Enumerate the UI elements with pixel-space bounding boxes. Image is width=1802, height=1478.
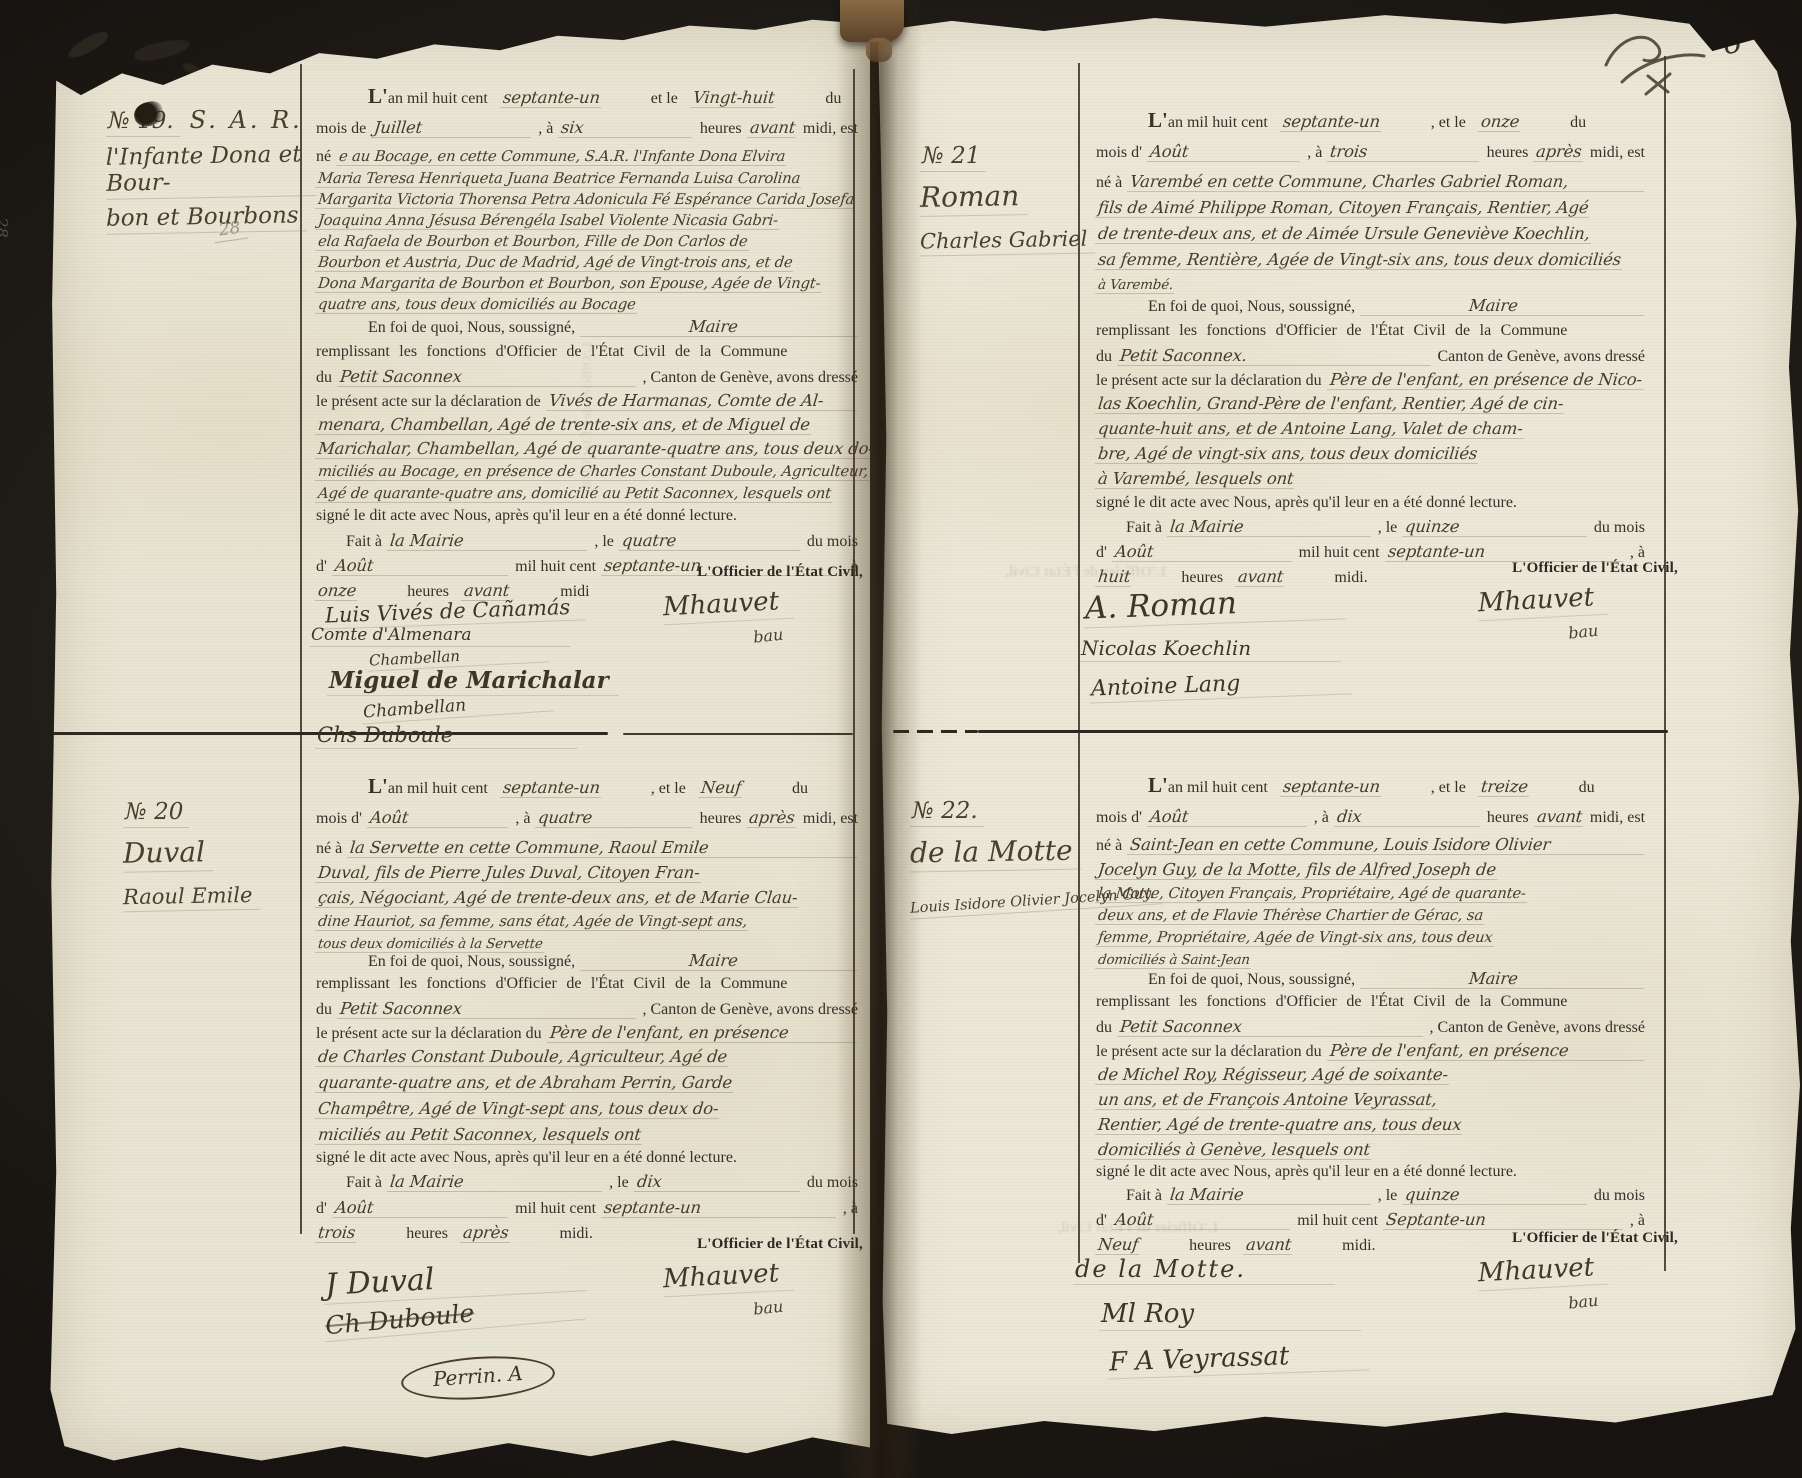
register-page-left: L'Officier de l'État Civil, № 19. S. A. …	[48, 14, 870, 1462]
margin-number: № 22.	[910, 798, 984, 827]
record-text-line: de Michel Roy, Régisseur, Agé de soixant…	[1093, 1065, 1648, 1090]
printed-form-text: né	[316, 148, 331, 165]
printed-form-text: En foi de quoi, Nous, soussigné,	[1148, 971, 1355, 989]
officer-block: L'Officier de l'État Civil, Mhauvet bau	[1438, 1230, 1678, 1307]
record-margin: № 20 Duval Raoul Emile	[123, 799, 333, 911]
record-text-line: mois d'Août, àquatreheuresaprèsmidi, est	[313, 808, 861, 838]
handwritten-entry: Août	[1147, 807, 1309, 827]
record-text-line: d'Aoûtmil huit centseptante-un, à	[313, 1198, 861, 1223]
handwritten-entry: Vivés de Harmanas, Comte de Al-	[546, 391, 859, 411]
printed-form-text: Canton de Genève, avons dressé	[1438, 348, 1646, 366]
handwritten-entry: six	[558, 118, 695, 138]
handwritten-entry: Dona Margarita de Bourbon et Bourbon, so…	[315, 275, 823, 293]
printed-form-text: heures	[1487, 144, 1529, 162]
handwritten-entry: Petit Saconnex	[337, 367, 638, 387]
signature: de la Motte.	[1073, 1255, 1335, 1285]
handwritten-entry: Joaquina Anna Jésusa Bérengéla Isabel Vi…	[315, 212, 781, 230]
printed-form-text: du	[1096, 348, 1112, 366]
handwritten-entry: Petit Saconnex.	[1117, 346, 1433, 366]
printed-form-text: heures	[1487, 809, 1529, 827]
printed-form-text: mil huit cent	[1299, 544, 1380, 562]
record-text-line: Fait àla Mairie, ledixdu mois	[313, 1172, 861, 1198]
handwritten-entry: de trente-deux ans, et de Aimée Ursule G…	[1095, 224, 1593, 244]
signature: A. Roman	[1082, 581, 1345, 628]
printed-form-text: L'an mil huit cent	[368, 780, 488, 797]
record-text-line: née au Bocage, en cette Commune, S.A.R. …	[313, 148, 861, 170]
handwritten-entry: Juillet	[371, 118, 533, 138]
printed-form-text: , et le	[651, 780, 686, 797]
handwritten-entry: treize	[1478, 777, 1531, 797]
printed-form-text: mil huit cent	[1297, 1212, 1378, 1230]
scanned-register-spread: 28 L'Officier de l'État Civil, № 19. S. …	[0, 0, 1802, 1478]
register-page-right: 6 L'Officier de l'État Civil, L'Officier…	[878, 8, 1800, 1444]
margin-title: S. A. R.	[190, 106, 303, 134]
record-text-line: Bourbon et Austria, Duc de Madrid, Agé d…	[313, 254, 861, 275]
officer-signature-flourish: bau	[1567, 612, 1678, 642]
record-body: L'an mil huit centseptante-un, et letrei…	[1093, 773, 1648, 1260]
printed-form-text: L'an mil huit cent	[1148, 114, 1268, 131]
handwritten-entry: Jocelyn Guy, de la Motte, fils de Alfred…	[1095, 860, 1499, 880]
handwritten-entry: quatre	[619, 531, 802, 551]
ink-smudge	[133, 35, 191, 64]
record-text-line: L'an mil huit centseptante-un, et leonze…	[1093, 108, 1648, 142]
handwritten-entry: Août	[1147, 142, 1302, 162]
margin-name-line: Roman	[920, 179, 1028, 217]
printed-form-text: , à	[1630, 1212, 1645, 1230]
handwritten-entry: Bourbon et Austria, Duc de Madrid, Agé d…	[315, 254, 795, 272]
record-text-line: duPetit Saconnex, Canton de Genève, avon…	[313, 367, 861, 391]
ink-mark	[1596, 20, 1726, 100]
handwritten-entry: Neuf	[698, 778, 744, 798]
handwritten-entry: dix	[1334, 807, 1482, 827]
handwritten-entry: septante-un	[601, 1198, 838, 1218]
printed-form-text: , à	[1307, 144, 1322, 162]
handwritten-entry: Marichalar, Chambellan, Agé de quarante-…	[315, 439, 877, 459]
officer-signature-flourish: bau	[1567, 1282, 1678, 1312]
handwritten-entry: çais, Négociant, Agé de trente-deux ans,…	[315, 888, 801, 908]
printed-form-text: heures	[700, 120, 742, 138]
handwritten-entry: la Servette en cette Commune, Raoul Emil…	[347, 838, 859, 858]
handwritten-entry: Août	[1112, 1210, 1292, 1230]
record-text-line: Marichalar, Chambellan, Agé de quarante-…	[313, 439, 861, 463]
printed-form-text: En foi de quoi, Nous, soussigné,	[368, 953, 575, 971]
printed-form-text: d'	[1096, 544, 1107, 562]
handwritten-entry: quarante-quatre ans, et de Abraham Perri…	[315, 1073, 735, 1093]
signature-block: A. RomanNicolas KoechlinAntoine Lang	[1083, 586, 1403, 699]
handwritten-entry: septante-un	[1384, 542, 1624, 562]
handwritten-entry: quinze	[1402, 517, 1589, 537]
handwritten-entry: e au Bocage, en cette Commune, S.A.R. l'…	[336, 148, 788, 166]
printed-form-text: heures	[1181, 569, 1223, 586]
record-text-line: le présent acte sur la déclaration duPèr…	[1093, 1041, 1648, 1065]
record-text-line: miciliés au Bocage, en présence de Charl…	[313, 463, 861, 485]
handwritten-entry: Champêtre, Agé de Vingt-sept ans, tous d…	[315, 1099, 721, 1119]
record-text-line: menara, Chambellan, Agé de trente-six an…	[313, 415, 861, 439]
printed-form-text: midi, est	[1590, 809, 1645, 827]
printed-form-text: midi, est	[803, 120, 858, 138]
handwritten-entry: miciliés au Petit Saconnex, lesquels ont	[315, 1125, 644, 1145]
officer-signature-flourish: bau	[752, 1288, 863, 1318]
divider-line	[893, 730, 978, 733]
handwritten-entry: septante-un	[1280, 777, 1383, 797]
record-text-line: L'an mil huit centseptante-unet leVingt-…	[313, 84, 861, 118]
record-text-line: le présent acte sur la déclaration duPèr…	[1093, 370, 1648, 394]
printed-form-text: Fait à	[1126, 1187, 1162, 1205]
record-text-line: signé le dit acte avec Nous, après qu'il…	[1093, 1163, 1648, 1185]
handwritten-entry: Père de l'enfant, en présence	[1327, 1041, 1646, 1061]
handwritten-entry: trois	[1327, 142, 1481, 162]
record-text-line: las Koechlin, Grand-Père de l'enfant, Re…	[1093, 394, 1648, 419]
record-text-line: mois d'Août, àtroisheuresaprèsmidi, est	[1093, 142, 1648, 172]
printed-form-text: et le	[651, 90, 678, 107]
signature-block: Luis Vivés de CañamásComte d'AlmenaraCha…	[323, 599, 643, 749]
printed-form-text: , à	[843, 1200, 858, 1218]
record-text-line: fils de Aimé Philippe Roman, Citoyen Fra…	[1093, 198, 1648, 224]
printed-form-text: d'	[1096, 1212, 1107, 1230]
handwritten-entry: Saint-Jean en cette Commune, Louis Isido…	[1127, 835, 1646, 855]
record-text-line: En foi de quoi, Nous, soussigné,Maire	[313, 317, 861, 343]
printed-form-text: né à	[1096, 837, 1122, 855]
handwritten-entry: la Mairie	[387, 1172, 604, 1192]
record-text-line: Champêtre, Agé de Vingt-sept ans, tous d…	[313, 1099, 861, 1125]
pencil-note: 28	[212, 217, 248, 243]
printed-form-text: le présent acte sur la déclaration du	[1096, 372, 1322, 390]
printed-form-text: remplissant les fonctions d'Officier de …	[316, 343, 787, 360]
printed-form-text: signé le dit acte avec Nous, après qu'il…	[316, 1149, 737, 1166]
handwritten-entry: bre, Agé de vingt-six ans, tous deux dom…	[1095, 444, 1480, 464]
handwritten-entry: Petit Saconnex	[337, 999, 638, 1019]
printed-form-text: , le	[594, 533, 614, 551]
pencil-note-edge: 28	[0, 217, 12, 237]
record-text-line: duPetit Saconnex, Canton de Genève, avon…	[313, 999, 861, 1023]
record-text-line: signé le dit acte avec Nous, après qu'il…	[313, 1149, 861, 1172]
record-text-line: signé le dit acte avec Nous, après qu'il…	[313, 507, 861, 531]
record-text-line: le présent acte sur la déclaration duPèr…	[313, 1023, 861, 1047]
handwritten-entry: domiciliés à Saint-Jean	[1095, 952, 1253, 969]
record-text-line: Agé de quarante-quatre ans, domicilié au…	[313, 485, 861, 507]
handwritten-entry: de Charles Constant Duboule, Agriculteur…	[315, 1047, 730, 1067]
handwritten-entry: Maire	[1360, 296, 1646, 316]
margin-name-line: Raoul Emile	[123, 883, 261, 912]
handwritten-entry: à Varembé, lesquels ont	[1095, 469, 1297, 489]
printed-form-text: , à	[1314, 809, 1329, 827]
handwritten-entry: deux ans, et de Flavie Thérèse Chartier …	[1095, 907, 1486, 925]
printed-form-text: , le	[1378, 519, 1398, 537]
handwritten-entry: Août	[1112, 542, 1294, 562]
handwritten-entry: dine Hauriot, sa femme, sans état, Agée …	[315, 913, 750, 931]
printed-form-text: En foi de quoi, Nous, soussigné,	[368, 319, 575, 337]
record-text-line: En foi de quoi, Nous, soussigné,Maire	[1093, 296, 1648, 322]
record-text-line: la Motte, Citoyen Français, Propriétaire…	[1093, 885, 1648, 907]
handwritten-entry: quante-huit ans, et de Antoine Lang, Val…	[1095, 419, 1526, 439]
record-text-line: remplissant les fonctions d'Officier de …	[313, 975, 861, 999]
printed-form-text: le présent acte sur la déclaration du	[316, 1025, 542, 1043]
printed-form-text: signé le dit acte avec Nous, après qu'il…	[1096, 494, 1517, 511]
printed-form-text: , à	[515, 810, 530, 828]
handwritten-entry: avant	[1534, 807, 1585, 827]
record-text-line: à Varembé.	[1093, 276, 1648, 296]
handwritten-entry: un ans, et de François Antoine Veyrassat…	[1095, 1090, 1440, 1110]
printed-form-text: du	[1579, 779, 1595, 796]
handwritten-entry: miciliés au Bocage, en présence de Charl…	[315, 463, 871, 481]
handwritten-entry: après	[1533, 142, 1585, 162]
record-margin: № 19. S. A. R. l'Infante Dona et Bour- b…	[106, 106, 316, 233]
officer-signature: Mhauvet	[1477, 582, 1609, 622]
handwritten-entry: ela Rafaela de Bourbon et Bourbon, Fille…	[315, 233, 750, 251]
handwritten-entry: trois	[315, 1223, 358, 1243]
printed-form-text: remplissant les fonctions d'Officier de …	[1096, 322, 1567, 339]
printed-form-text: heures	[1189, 1237, 1231, 1254]
printed-form-text: du	[825, 90, 841, 107]
handwritten-entry: femme, Propriétaire, Agée de Vingt-six a…	[1095, 929, 1495, 947]
record-text-line: femme, Propriétaire, Agée de Vingt-six a…	[1093, 929, 1648, 951]
handwritten-entry: las Koechlin, Grand-Père de l'enfant, Re…	[1095, 394, 1566, 414]
record-text-line: çais, Négociant, Agé de trente-deux ans,…	[313, 888, 861, 913]
record-text-line: Fait àla Mairie, lequatredu mois	[313, 531, 861, 556]
handwritten-entry: domiciliés à Genève, lesquels ont	[1095, 1140, 1373, 1160]
handwritten-entry: Maire	[1360, 969, 1646, 989]
record-text-line: deux ans, et de Flavie Thérèse Chartier …	[1093, 907, 1648, 929]
signature-block: J DuvalCh DuboulePerrin. A	[323, 1261, 643, 1399]
printed-form-text: le présent acte sur la déclaration du	[1096, 1043, 1322, 1061]
handwritten-entry: quinze	[1402, 1185, 1589, 1205]
record-text-line: Margarita Victoria Thorensa Petra Adonic…	[313, 191, 861, 212]
record-text-line: L'an mil huit centseptante-un, et letrei…	[1093, 773, 1648, 807]
signature: Chs Duboule	[315, 723, 577, 749]
record-text-line: miciliés au Petit Saconnex, lesquels ont	[313, 1125, 861, 1149]
margin-name-line: de la Motte	[910, 834, 1081, 873]
printed-form-text: remplissant les fonctions d'Officier de …	[316, 975, 787, 992]
printed-form-text: heures	[407, 583, 449, 600]
handwritten-entry: Duval, fils de Pierre Jules Duval, Citoy…	[315, 863, 703, 883]
handwritten-entry: la Motte, Citoyen Français, Propriétaire…	[1095, 885, 1529, 903]
record-text-line: Rentier, Agé de trente-quatre ans, tous …	[1093, 1115, 1648, 1140]
margin-number: № 21	[920, 143, 986, 172]
record-text-line: de trente-deux ans, et de Aimée Ursule G…	[1093, 224, 1648, 250]
printed-form-text: heures	[406, 1225, 448, 1242]
handwritten-entry: Margarita Victoria Thorensa Petra Adonic…	[315, 191, 857, 209]
signature: Antoine Lang	[1089, 667, 1352, 703]
handwritten-entry: Août	[332, 1198, 510, 1218]
signature: Perrin. A	[400, 1352, 557, 1405]
handwritten-entry: septante-un	[500, 88, 603, 108]
printed-form-text: L'an mil huit cent	[368, 90, 488, 107]
divider-line	[623, 733, 853, 735]
record-text-line: né àSaint-Jean en cette Commune, Louis I…	[1093, 835, 1648, 860]
record-text-line: remplissant les fonctions d'Officier de …	[313, 343, 861, 367]
printed-form-text: d'	[316, 1200, 327, 1218]
handwritten-entry: Neuf	[1095, 1235, 1141, 1255]
handwritten-entry: de Michel Roy, Régisseur, Agé de soixant…	[1095, 1065, 1451, 1085]
record-text-line: quante-huit ans, et de Antoine Lang, Val…	[1093, 419, 1648, 444]
record-text-line: domiciliés à Saint-Jean	[1093, 951, 1648, 969]
handwritten-entry: Père de l'enfant, en présence	[547, 1023, 859, 1043]
record-text-line: tous deux domiciliés à la Servette	[313, 935, 861, 951]
record-text-line: Joaquina Anna Jésusa Bérengéla Isabel Vi…	[313, 212, 861, 233]
signature-block: de la Motte.Ml RoyF A Veyrassat	[1073, 1255, 1393, 1375]
record-text-line: né àla Servette en cette Commune, Raoul …	[313, 838, 861, 863]
handwritten-entry: onze	[315, 581, 359, 601]
printed-form-text: mois d'	[1096, 809, 1142, 827]
record-text-line: un ans, et de François Antoine Veyrassat…	[1093, 1090, 1648, 1115]
printed-form-text: mois d'	[316, 810, 362, 828]
record-text-line: bre, Agé de vingt-six ans, tous deux dom…	[1093, 444, 1648, 469]
printed-form-text: du mois	[1594, 1187, 1645, 1205]
printed-form-text: du	[1096, 1019, 1112, 1037]
printed-form-text: du	[316, 369, 332, 387]
record-text-line: signé le dit acte avec Nous, après qu'il…	[1093, 494, 1648, 517]
handwritten-entry: menara, Chambellan, Agé de trente-six an…	[315, 415, 813, 435]
margin-name-line: bon et Bourbons	[106, 202, 307, 234]
printed-form-text: , Canton de Genève, avons dressé	[643, 1001, 859, 1019]
margin-name-line: Charles Gabriel	[920, 226, 1096, 256]
printed-form-text: mois d'	[1096, 144, 1142, 162]
printed-form-text: né à	[1096, 174, 1122, 192]
officer-block: L'Officier de l'État Civil, Mhauvet bau	[623, 564, 863, 641]
record-text-line: domiciliés à Genève, lesquels ont	[1093, 1140, 1648, 1163]
printed-form-text: , et le	[1431, 779, 1466, 796]
record-text-line: remplissant les fonctions d'Officier de …	[1093, 993, 1648, 1017]
divider-line	[978, 730, 1668, 733]
officer-signature: Mhauvet	[662, 586, 794, 626]
record-text-line: remplissant les fonctions d'Officier de …	[1093, 322, 1648, 346]
record-text-line: duPetit Saconnex.Canton de Genève, avons…	[1093, 346, 1648, 370]
handwritten-entry: la Mairie	[1167, 1185, 1373, 1205]
signature: Nicolas Koechlin	[1079, 636, 1341, 662]
printed-form-text: mil huit cent	[515, 558, 596, 576]
printed-form-text: signé le dit acte avec Nous, après qu'il…	[1096, 1163, 1517, 1180]
handwritten-entry: Agé de quarante-quatre ans, domicilié au…	[315, 485, 834, 503]
printed-form-text: , et le	[1431, 114, 1466, 131]
signature: F A Veyrassat	[1107, 1338, 1370, 1379]
handwritten-entry: Varembé en cette Commune, Charles Gabrie…	[1127, 172, 1646, 192]
record-body: L'an mil huit centseptante-unet leVingt-…	[313, 84, 861, 606]
record-body: L'an mil huit centseptante-un, et leonze…	[1093, 108, 1648, 592]
officer-signature-flourish: bau	[752, 616, 863, 646]
printed-form-text: , le	[1378, 1187, 1398, 1205]
officer-label: L'Officier de l'État Civil,	[1438, 1230, 1678, 1247]
officer-block: L'Officier de l'État Civil, Mhauvet bau	[623, 1236, 863, 1313]
record-text-line: Jocelyn Guy, de la Motte, fils de Alfred…	[1093, 860, 1648, 885]
printed-form-text: du	[792, 780, 808, 797]
record-text-line: quatre ans, tous deux domiciliés au Boca…	[313, 296, 861, 317]
printed-form-text: d'	[316, 558, 327, 576]
handwritten-entry: septante-un	[500, 778, 603, 798]
handwritten-entry: avant	[1243, 1235, 1294, 1255]
officer-block: L'Officier de l'État Civil, Mhauvet bau	[1438, 560, 1678, 637]
printed-form-text: , Canton de Genève, avons dressé	[1430, 1019, 1646, 1037]
record-text-line: En foi de quoi, Nous, soussigné,Maire	[313, 951, 861, 975]
printed-form-text: En foi de quoi, Nous, soussigné,	[1148, 298, 1355, 316]
handwritten-entry: Août	[332, 556, 510, 576]
margin-number: № 20	[123, 799, 189, 828]
book-spine	[840, 0, 904, 42]
printed-form-text: Fait à	[346, 1174, 382, 1192]
record-text-line: ela Rafaela de Bourbon et Bourbon, Fille…	[313, 233, 861, 254]
printed-form-text: du	[1570, 114, 1586, 131]
printed-form-text: du mois	[807, 1174, 858, 1192]
printed-form-text: le présent acte sur la déclaration de	[316, 393, 541, 411]
printed-form-text: du mois	[1594, 519, 1645, 537]
record-body: L'an mil huit centseptante-un, et leNeuf…	[313, 774, 861, 1248]
handwritten-entry: à Varembé.	[1095, 277, 1176, 294]
record-text-line: né àVarembé en cette Commune, Charles Ga…	[1093, 172, 1648, 198]
record-text-line: Maria Teresa Henriqueta Juana Beatrice F…	[313, 170, 861, 191]
handwritten-entry: la Mairie	[387, 531, 589, 551]
record-text-line: quarante-quatre ans, et de Abraham Perri…	[313, 1073, 861, 1099]
handwritten-entry: Maria Teresa Henriqueta Juana Beatrice F…	[315, 170, 803, 188]
printed-form-text: heures	[700, 810, 742, 828]
printed-form-text: midi.	[1342, 1237, 1375, 1254]
book-spine	[866, 38, 892, 62]
record-text-line: Dona Margarita de Bourbon et Bourbon, so…	[313, 275, 861, 296]
handwritten-entry: après	[460, 1223, 512, 1243]
printed-form-text: né à	[316, 840, 342, 858]
handwritten-entry: septante-un	[1280, 112, 1383, 132]
officer-label: L'Officier de l'État Civil,	[1438, 560, 1678, 577]
printed-form-text: mil huit cent	[515, 1200, 596, 1218]
handwritten-entry: quatre ans, tous deux domiciliés au Boca…	[315, 296, 639, 314]
signature: Ml Roy	[1099, 1299, 1361, 1331]
record-text-line: Duval, fils de Pierre Jules Duval, Citoy…	[313, 863, 861, 888]
officer-label: L'Officier de l'État Civil,	[623, 564, 863, 581]
handwritten-entry: la Mairie	[1167, 517, 1373, 537]
handwritten-entry: fils de Aimé Philippe Roman, Citoyen Fra…	[1095, 198, 1592, 218]
printed-form-text: mois de	[316, 120, 366, 138]
printed-form-text: du	[316, 1001, 332, 1019]
record-text-line: Fait àla Mairie, lequinzedu mois	[1093, 1185, 1648, 1210]
printed-form-text: du mois	[807, 533, 858, 551]
record-text-line: dine Hauriot, sa femme, sans état, Agée …	[313, 913, 861, 935]
handwritten-entry: Maire	[580, 317, 859, 337]
handwritten-entry: dix	[634, 1172, 802, 1192]
handwritten-entry: onze	[1478, 112, 1522, 132]
record-text-line: le présent acte sur la déclaration deViv…	[313, 391, 861, 415]
margin-name-line: Duval	[123, 835, 214, 873]
record-text-line: duPetit Saconnex, Canton de Genève, avon…	[1093, 1017, 1648, 1041]
record-text-line: sa femme, Rentière, Agée de Vingt-six an…	[1093, 250, 1648, 276]
officer-signature: Mhauvet	[662, 1258, 794, 1298]
record-text-line: à Varembé, lesquels ont	[1093, 469, 1648, 494]
handwritten-entry: huit	[1095, 567, 1133, 587]
handwritten-entry: Rentier, Agé de trente-quatre ans, tous …	[1095, 1115, 1464, 1135]
column-rule-right-edge	[1664, 56, 1666, 1271]
record-text-line: mois d'Août, àdixheuresavantmidi, est	[1093, 807, 1648, 835]
printed-form-text: midi.	[560, 1225, 593, 1242]
handwritten-entry: quatre	[535, 808, 694, 828]
printed-form-text: , le	[609, 1174, 629, 1192]
printed-form-text: L'an mil huit cent	[1148, 779, 1268, 796]
handwritten-entry: avant	[747, 118, 798, 138]
handwritten-entry: après	[746, 808, 798, 828]
column-rule-left-margin	[300, 64, 302, 1234]
printed-form-text: midi, est	[803, 810, 858, 828]
printed-form-text: midi, est	[1590, 144, 1645, 162]
handwritten-entry: Petit Saconnex	[1117, 1017, 1425, 1037]
record-text-line: de Charles Constant Duboule, Agriculteur…	[313, 1047, 861, 1073]
record-text-line: mois deJuillet, àsixheuresavantmidi, est	[313, 118, 861, 148]
printed-form-text: , à	[538, 120, 553, 138]
printed-form-text: Fait à	[346, 533, 382, 551]
handwritten-entry: Maire	[580, 951, 859, 971]
record-text-line: Fait àla Mairie, lequinzedu mois	[1093, 517, 1648, 542]
printed-form-text: signé le dit acte avec Nous, après qu'il…	[316, 507, 737, 524]
handwritten-entry: Septante-un	[1383, 1210, 1625, 1230]
handwritten-entry: Vingt-huit	[690, 88, 778, 108]
printed-form-text: , Canton de Genève, avons dressé	[643, 369, 859, 387]
handwritten-entry: sa femme, Rentière, Agée de Vingt-six an…	[1095, 250, 1624, 270]
printed-form-text: Fait à	[1126, 519, 1162, 537]
